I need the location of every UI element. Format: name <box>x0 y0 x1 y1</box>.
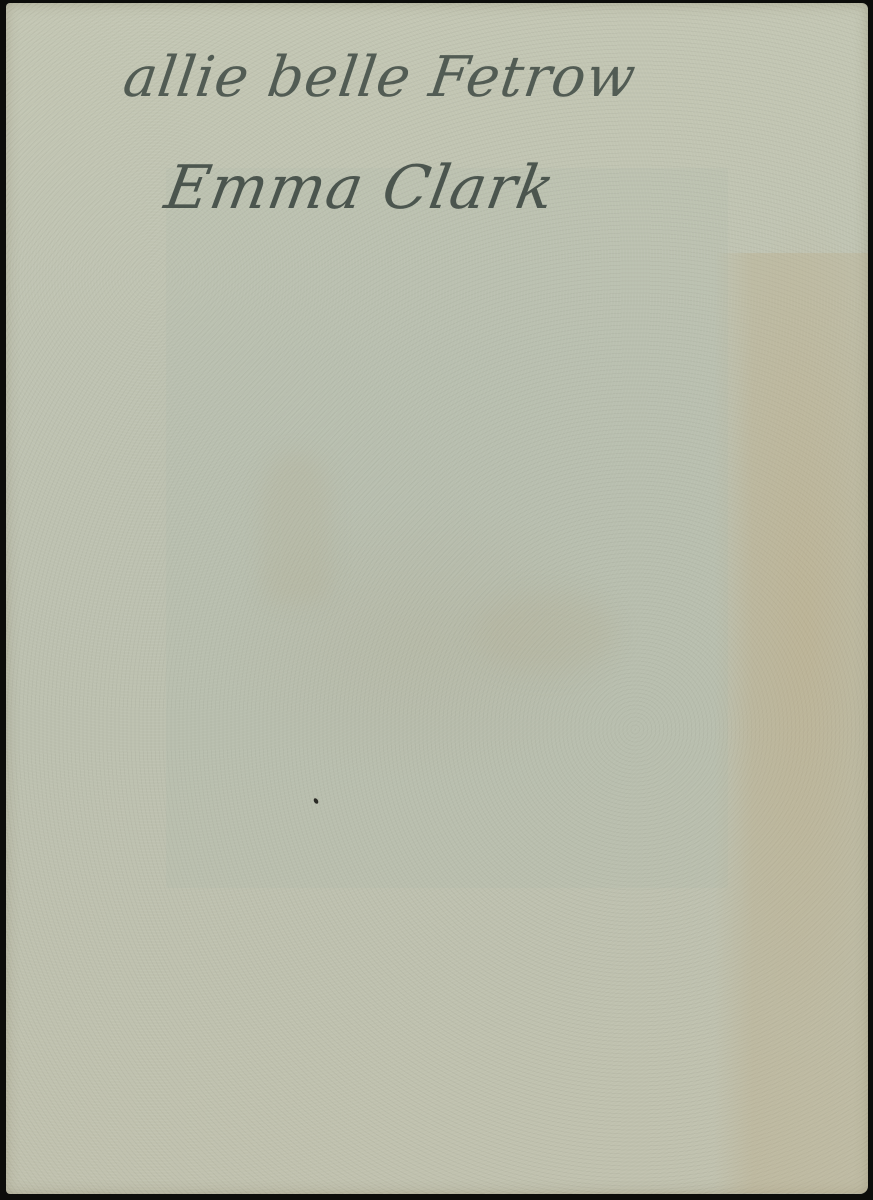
age-stain <box>714 253 868 1193</box>
inscription-line-2: Emma Clark <box>160 153 561 223</box>
ghost-figure-right <box>476 593 616 673</box>
ghost-figure-left <box>261 453 331 603</box>
photo-card-back: allie belle Fetrow Emma Clark <box>6 3 868 1194</box>
ghost-image-offset <box>166 168 728 888</box>
inscription-line-1: allie belle Fetrow <box>119 45 640 110</box>
